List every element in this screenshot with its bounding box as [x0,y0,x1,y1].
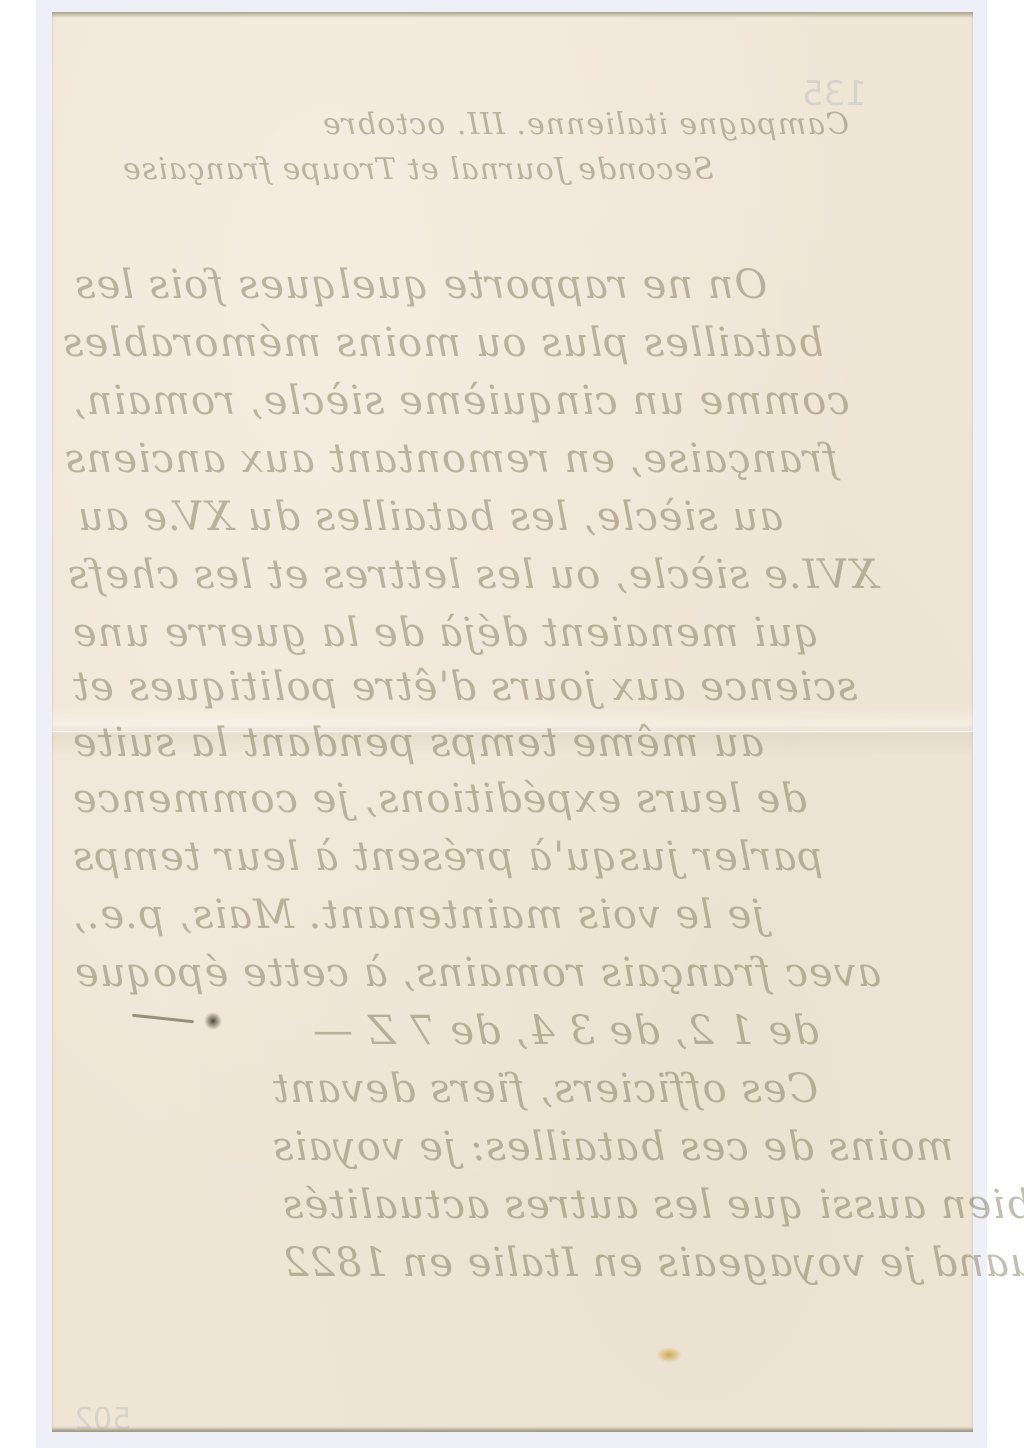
body-line-18: quand je voyageais en Italie en 1822 [282,1240,1024,1286]
manuscript-page: 135 502 Campagne italienne. III. octobre… [52,12,973,1432]
body-line-7: qui menaient déjà de la guerre une [72,610,820,656]
body-line-15: Ces officiers, fiers devant [272,1066,818,1112]
body-line-9: au même temps pendant la suite [72,720,764,766]
body-line-3: comme un cinquième siècle, romain, [72,378,850,424]
body-line-4: française, en remontant aux anciens [64,436,838,482]
body-line-2: batailles plus ou moins mémorables [62,320,824,366]
body-line-17: bien aussi que les autres actualités [282,1182,1024,1228]
body-line-10: de leurs expéditions, je commence [72,776,807,822]
foxing-stain [656,1347,682,1363]
mirrored-bleed-through-text: Campagne italienne. III. octobre Seconde… [52,12,973,1432]
ink-blot-mark [204,1012,222,1030]
body-line-1: On ne rapporte quelques fois les [74,262,767,308]
heading-line-2: Seconde Journal et Troupe française [122,152,714,187]
body-line-16: moins de ces batailles: je voyais [272,1124,954,1170]
heading-line-1: Campagne italienne. III. octobre [322,107,849,142]
body-line-12: je le vois maintenant. Mais, p.e., [72,892,765,938]
body-line-11: parler jusqu'à présent à leur temps [72,834,823,880]
body-line-13: avec français romains, à cette époque [74,950,881,996]
body-line-6: XVI.e siècle, ou les lettres et les chef… [67,552,878,598]
body-line-14: de 1 2, de 3 4, de 7 Z — [312,1008,819,1054]
body-line-5: au siècle, les batailles du XV.e au [77,494,783,540]
body-line-8: science aux jours d'être politiques et [72,664,857,710]
